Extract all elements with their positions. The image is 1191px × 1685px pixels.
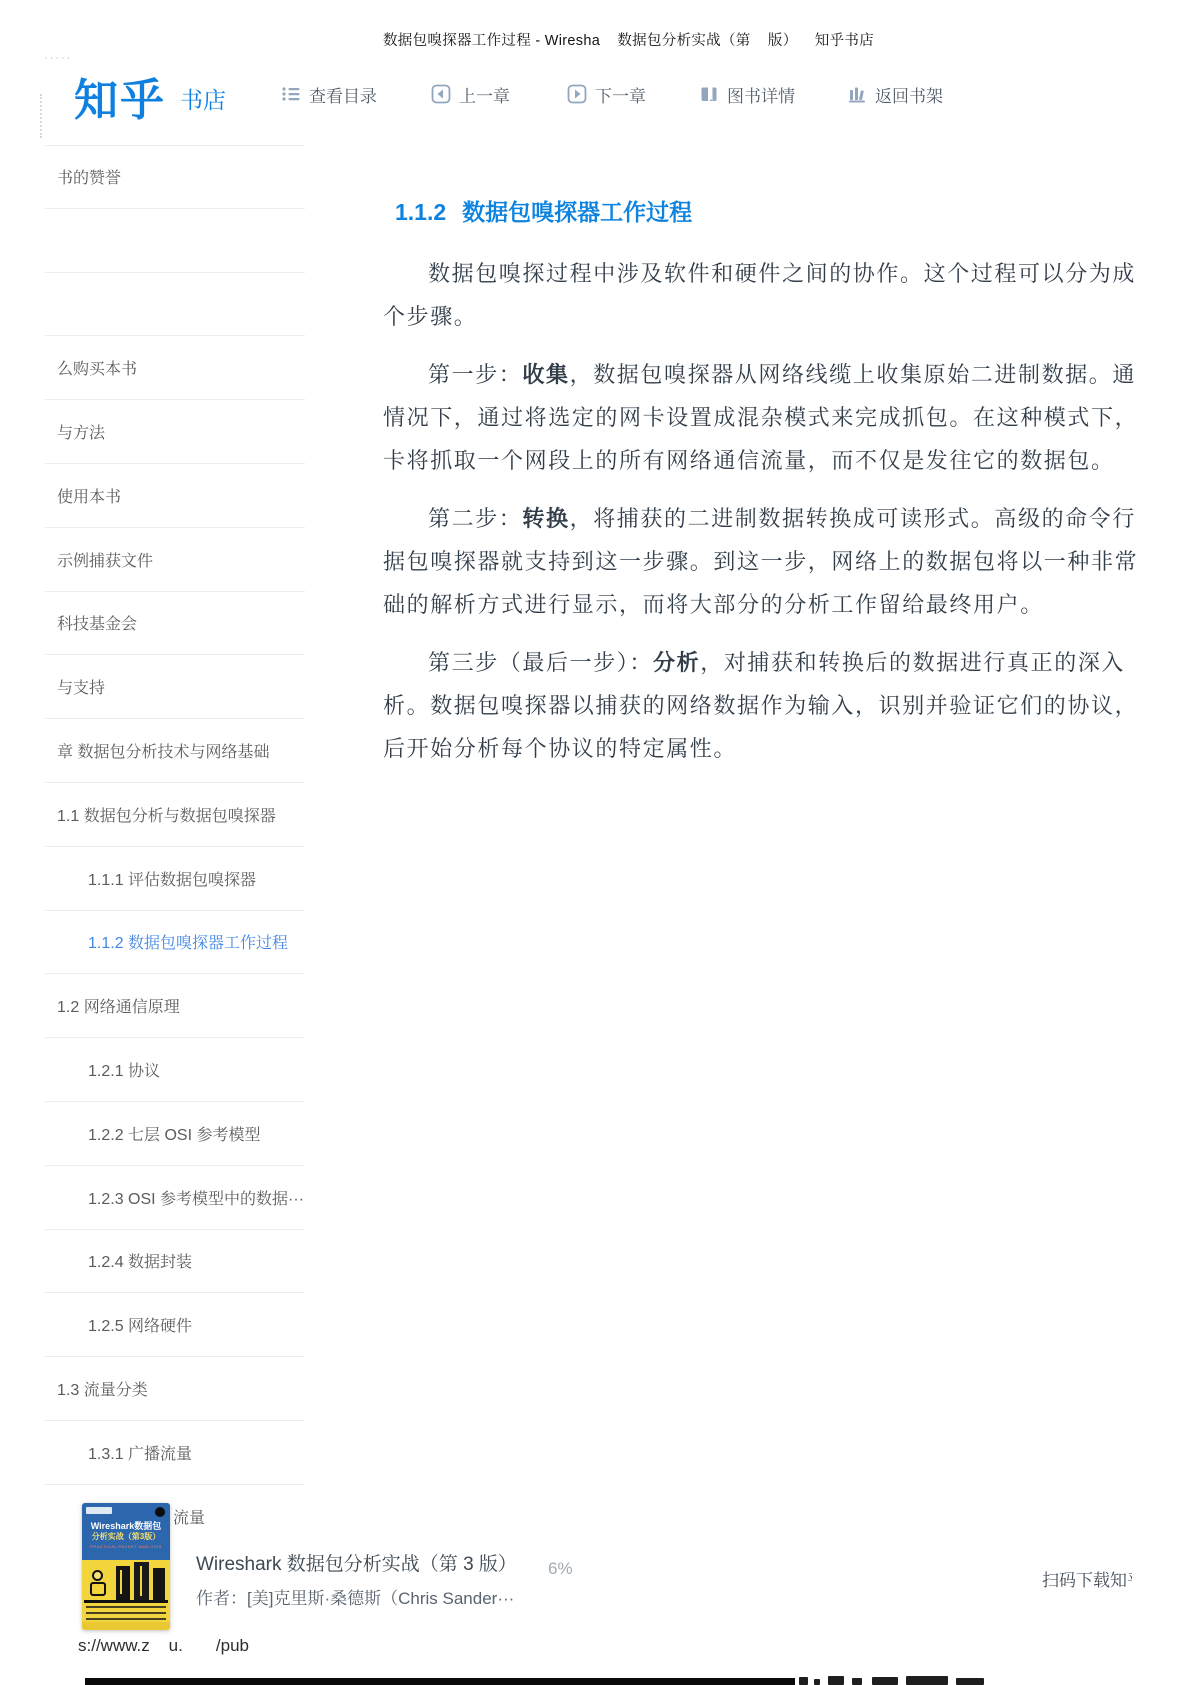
next-chapter-button[interactable]: 下一章 xyxy=(567,80,646,108)
toc-list-icon xyxy=(281,84,301,104)
qr-download-hint: 扫码下载知乎 xyxy=(1042,1566,1132,1591)
bold-term: 收集 xyxy=(522,362,569,387)
toc-item-label: 1.1.2 数据包嗅探器工作过程 xyxy=(88,930,288,953)
toc-item[interactable]: 书的赞誉 xyxy=(45,145,305,209)
paragraph-line: 础的解析方式进行显示，而将大部分的分析工作留给最终用户。 xyxy=(383,588,1044,619)
toc-item-label: 1.3.1 广播流量 xyxy=(88,1441,192,1464)
toc-item-label: 1.2.2 七层 OSI 参考模型 xyxy=(88,1122,261,1145)
book-cover-header: Wireshark数据包 分析实战（第3版） PRACTICAL PACKET … xyxy=(82,1503,170,1560)
toc-item-label: 流量 xyxy=(173,1505,205,1528)
partial-footer-glyph xyxy=(814,1679,820,1685)
toc-item[interactable]: 1.3.1 广播流量 xyxy=(45,1421,305,1485)
toc-item-label: 1.2.4 数据封装 xyxy=(88,1249,192,1272)
cover-art-panel xyxy=(116,1566,130,1600)
footer-book-title[interactable]: Wireshark 数据包分析实战（第 3 版） xyxy=(196,1549,517,1576)
toc-item[interactable]: 1.2.3 OSI 参考模型中的数据··· xyxy=(45,1166,305,1230)
partial-footer-glyph xyxy=(852,1678,862,1685)
line-text: 第三步（最后一步）： xyxy=(428,650,653,675)
toc-item[interactable]: 1.2 网络通信原理 xyxy=(45,974,305,1038)
paragraph-line: 个步骤。 xyxy=(383,300,477,331)
book-detail-label: 图书详情 xyxy=(727,82,795,107)
toc-item[interactable]: 1.2.4 数据封装 xyxy=(45,1230,305,1294)
paragraph-line: 卡将抓取一个网段上的所有网络通信流量，而不仅是发往它的数据包。 xyxy=(383,444,1115,475)
toc-item[interactable]: 么购买本书 xyxy=(45,336,305,400)
paragraph-line: 数据包嗅探过程中涉及软件和硬件之间的协作。这个过程可以分为成 xyxy=(428,257,1136,288)
toc-item-label: 1.2.1 协议 xyxy=(88,1058,160,1081)
toc-item[interactable]: 示例捕获文件 xyxy=(45,528,305,592)
toc-item-label: 与支持 xyxy=(57,675,105,698)
toc-item[interactable] xyxy=(45,209,305,273)
qr-hint-text: 扫码下载知 xyxy=(1042,1571,1127,1590)
prev-chapter-icon xyxy=(431,84,451,104)
toc-item[interactable]: 与方法 xyxy=(45,400,305,464)
toc-item-label: 1.2.3 OSI 参考模型中的数据··· xyxy=(88,1186,304,1209)
paragraph-line: 据包嗅探器就支持到这一步骤。到这一步，网络上的数据包将以一种非常 xyxy=(383,545,1138,576)
cover-art-figure-head xyxy=(92,1570,103,1581)
toc-item[interactable]: 科技基金会 xyxy=(45,592,305,656)
next-chapter-icon xyxy=(567,84,587,104)
book-cover-thumbnail[interactable]: Wireshark数据包 分析实战（第3版） PRACTICAL PACKET … xyxy=(82,1503,170,1630)
paragraph-line: 第二步：转换，将捕获的二进制数据转换成可读形式。高级的命令行 xyxy=(428,502,1136,533)
toc-item[interactable]: 1.2.1 协议 xyxy=(45,1038,305,1102)
edge-dots-decoration: ····· xyxy=(44,52,72,64)
zhihu-logo[interactable]: 知乎 xyxy=(74,64,166,128)
toc-item-label: 使用本书 xyxy=(57,484,121,507)
next-chapter-label: 下一章 xyxy=(595,82,646,107)
partial-footer-glyph xyxy=(828,1676,844,1685)
line-text: ，将捕获的二进制数据转换成可读形式。高级的命令行 xyxy=(570,506,1136,531)
status-bar-url: s://www.z u. /pub xyxy=(78,1636,249,1656)
cover-art-desk xyxy=(84,1600,168,1603)
store-label[interactable]: 书店 xyxy=(180,82,226,115)
toc-item-label: 1.3 流量分类 xyxy=(57,1377,148,1400)
cover-publisher-strip xyxy=(82,1622,170,1630)
toc-item[interactable]: 章 数据包分析技术与网络基础 xyxy=(45,719,305,783)
toc-item[interactable]: 1.3 流量分类 xyxy=(45,1357,305,1421)
toc-item-current[interactable]: 1.1.2 数据包嗅探器工作过程 xyxy=(45,911,305,975)
prev-chapter-button[interactable]: 上一章 xyxy=(431,80,510,108)
line-text: 第二步： xyxy=(428,506,522,531)
line-text: 第一步： xyxy=(428,362,522,387)
book-detail-button[interactable]: 图书详情 xyxy=(699,80,795,108)
toc-item[interactable]: 1.2.5 网络硬件 xyxy=(45,1293,305,1357)
view-toc-label: 查看目录 xyxy=(309,82,377,107)
toc-item-label: 1.2.5 网络硬件 xyxy=(88,1313,192,1336)
bold-term: 转换 xyxy=(522,506,569,531)
reader-page: 数据包嗅探器工作过程 - Wiresha 数据包分析实战（第 版） 知乎书店 ·… xyxy=(0,0,1191,1685)
window-title: 数据包嗅探器工作过程 - Wiresha 数据包分析实战（第 版） 知乎书店 xyxy=(383,29,874,50)
footer-author-line: 作者：[美]克里斯·桑德斯（Chris Sander··· xyxy=(196,1584,514,1609)
toc-item-label: 与方法 xyxy=(57,420,105,443)
cover-title-line2: 分析实战（第3版） xyxy=(82,1531,170,1542)
toc-item[interactable]: 1.1 数据包分析与数据包嗅探器 xyxy=(45,783,305,847)
toc-item[interactable]: 1.2.2 七层 OSI 参考模型 xyxy=(45,1102,305,1166)
toc-item[interactable]: 1.1.1 评估数据包嗅探器 xyxy=(45,847,305,911)
cover-art-figure-body xyxy=(90,1582,106,1596)
section-heading: 1.1.2数据包嗅探器工作过程 xyxy=(395,194,692,227)
cover-art-panel xyxy=(153,1568,165,1600)
back-to-shelf-label: 返回书架 xyxy=(875,82,943,107)
publisher-logo-chip xyxy=(86,1507,112,1514)
toc-item[interactable] xyxy=(45,273,305,337)
toc-item-label: 科技基金会 xyxy=(57,611,137,634)
toc-item-label: 1.1 数据包分析与数据包嗅探器 xyxy=(57,803,276,826)
paragraph-line: 第一步：收集，数据包嗅探器从网络线缆上收集原始二进制数据。通 xyxy=(428,358,1136,389)
prev-chapter-label: 上一章 xyxy=(459,82,510,107)
paragraph-line: 析。数据包嗅探器以捕获的网络数据作为输入，识别并验证它们的协议， xyxy=(383,689,1138,720)
toc-item-label: 1.2 网络通信原理 xyxy=(57,994,180,1017)
bottom-black-bar xyxy=(85,1678,795,1685)
section-number: 1.1.2 xyxy=(395,199,446,225)
qr-hint-partial-glyph: 乎 xyxy=(1127,1566,1132,1591)
toc-sidebar: 书的赞誉 么购买本书 与方法 使用本书 示例捕获文件 科技基金会 与支持 章 数… xyxy=(45,145,305,1549)
toc-item-label: 书的赞誉 xyxy=(57,165,121,188)
partial-footer-glyph xyxy=(956,1678,984,1685)
cover-badge-icon xyxy=(155,1507,165,1517)
toc-item[interactable]: 使用本书 xyxy=(45,464,305,528)
back-to-shelf-button[interactable]: 返回书架 xyxy=(847,80,943,108)
toc-item[interactable]: 与支持 xyxy=(45,655,305,719)
bookshelf-icon xyxy=(847,84,867,104)
toc-item-label: 么购买本书 xyxy=(57,356,137,379)
reading-progress: 6% xyxy=(548,1559,573,1579)
toc-item-label: 1.1.1 评估数据包嗅探器 xyxy=(88,867,256,890)
cover-art-slit xyxy=(140,1566,142,1596)
edge-dash-decoration xyxy=(40,94,42,138)
toc-item-label: 示例捕获文件 xyxy=(57,548,153,571)
paragraph-line: 第三步（最后一步）：分析，对捕获和转换后的数据进行真正的深入 xyxy=(428,646,1125,677)
partial-footer-glyph xyxy=(799,1677,808,1685)
bold-term: 分析 xyxy=(653,650,700,675)
paragraph-line: 情况下，通过将选定的网卡设置成混杂模式来完成抓包。在这种模式下， xyxy=(383,401,1138,432)
section-title: 数据包嗅探器工作过程 xyxy=(462,199,692,225)
line-text: ，数据包嗅探器从网络线缆上收集原始二进制数据。通 xyxy=(570,362,1136,387)
cover-subtitle: PRACTICAL PACKET ANALYSIS xyxy=(82,1544,170,1549)
toc-item-label: 章 数据包分析技术与网络基础 xyxy=(57,739,269,762)
partial-footer-glyph xyxy=(872,1677,898,1685)
line-text: ，对捕获和转换后的数据进行真正的深入 xyxy=(700,650,1125,675)
cover-art-slit xyxy=(120,1570,122,1594)
paragraph-line: 后开始分析每个协议的特定属性。 xyxy=(383,732,737,763)
cover-illustration xyxy=(82,1560,170,1630)
book-detail-icon xyxy=(699,84,719,104)
partial-footer-glyph xyxy=(906,1676,948,1685)
view-toc-button[interactable]: 查看目录 xyxy=(281,80,377,108)
